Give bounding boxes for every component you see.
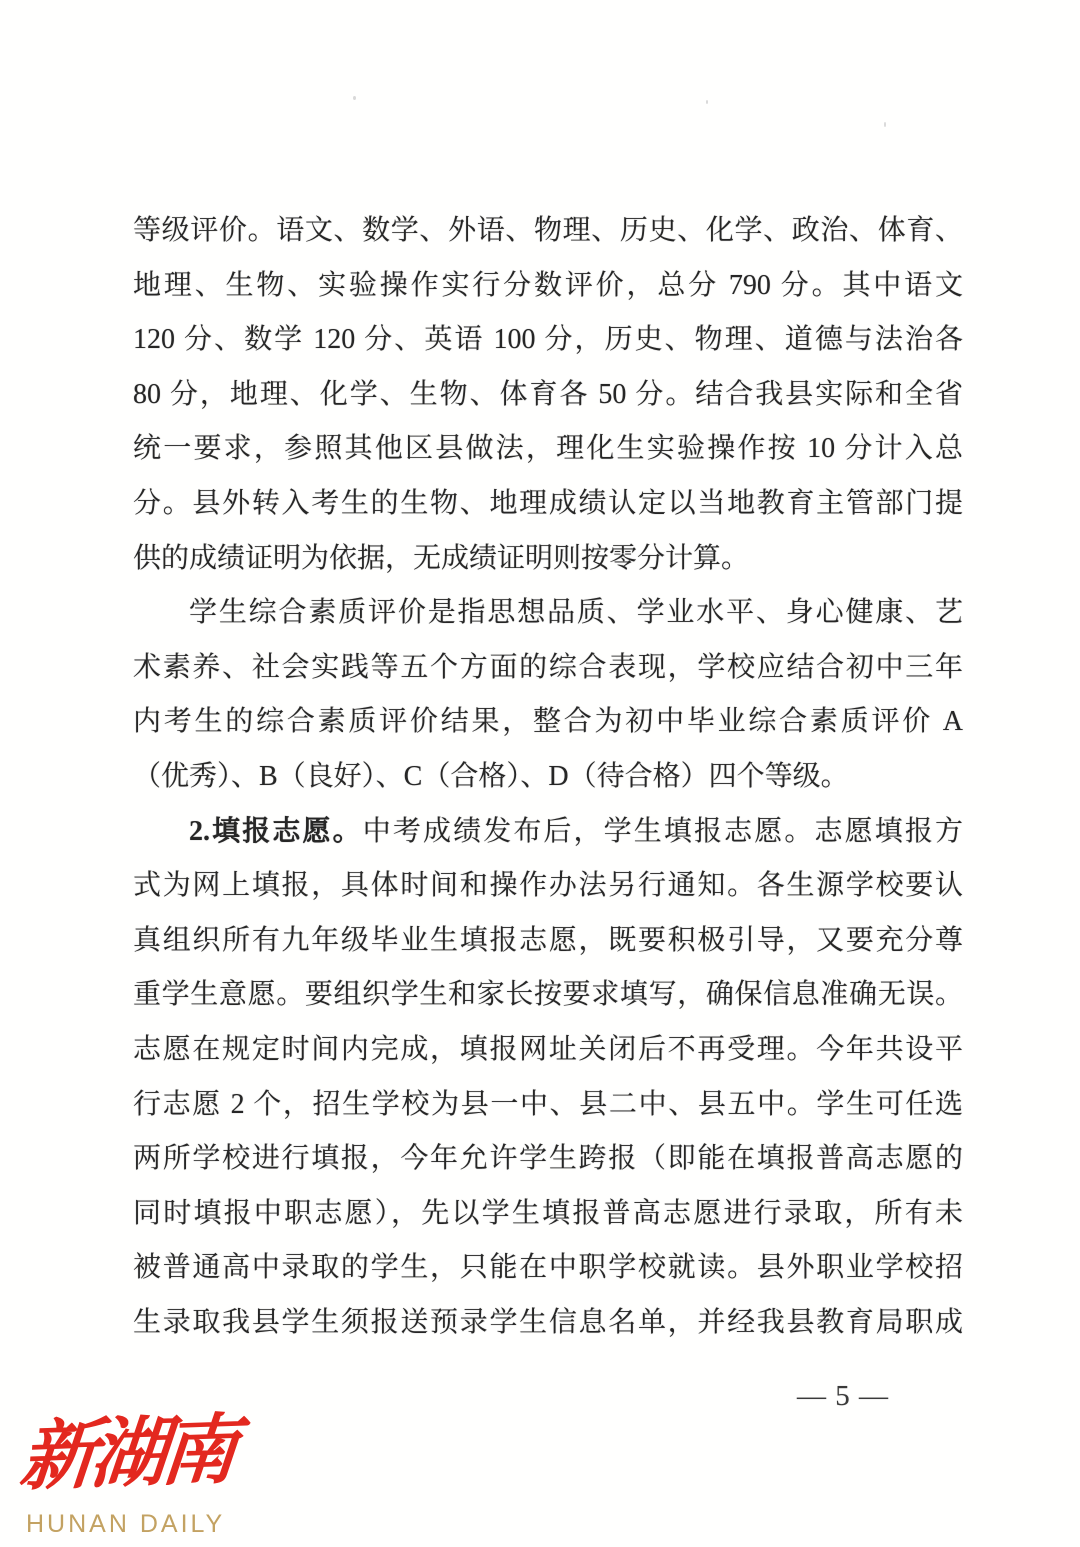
text-line: 120 分、数学 120 分、英语 100 分，历史、物理、道德与法治各 bbox=[133, 313, 963, 368]
scan-speck bbox=[706, 100, 708, 104]
text-line: 真组织所有九年级毕业生填报志愿，既要积极引导，又要充分尊 bbox=[133, 914, 963, 969]
text-line: 学生综合素质评价是指思想品质、学业水平、身心健康、艺 bbox=[133, 586, 963, 641]
text-line: 等级评价。语文、数学、外语、物理、历史、化学、政治、体育、 bbox=[133, 204, 963, 259]
brand-logo-chinese: 新湖南 bbox=[16, 1400, 256, 1508]
text-line: 生录取我县学生须报送预录学生信息名单，并经我县教育局职成 bbox=[133, 1296, 963, 1351]
page-number: — 5 — bbox=[788, 1380, 898, 1413]
text-line: 地理、生物、实验操作实行分数评价，总分 790 分。其中语文 bbox=[133, 259, 963, 314]
scan-speck bbox=[353, 96, 356, 100]
text-line: 统一要求，参照其他区县做法，理化生实验操作按 10 分计入总 bbox=[133, 422, 963, 477]
text-line: 2.填报志愿。中考成绩发布后，学生填报志愿。志愿填报方 bbox=[133, 805, 963, 860]
text-line: 分。县外转入考生的生物、地理成绩认定以当地教育主管部门提 bbox=[133, 477, 963, 532]
hunan-daily-logo: 新湖南 HUNAN DAILY bbox=[16, 1408, 246, 1539]
scanned-document-page: 等级评价。语文、数学、外语、物理、历史、化学、政治、体育、地理、生物、实验操作实… bbox=[0, 0, 1080, 1547]
scan-speck bbox=[884, 122, 886, 127]
text-line: 式为网上填报，具体时间和操作办法另行通知。各生源学校要认 bbox=[133, 859, 963, 914]
text-line: 志愿在规定时间内完成，填报网址关闭后不再受理。今年共设平 bbox=[133, 1023, 963, 1078]
text-line: 80 分，地理、化学、生物、体育各 50 分。结合我县实际和全省 bbox=[133, 368, 963, 423]
text-line: 被普通高中录取的学生，只能在中职学校就读。县外职业学校招 bbox=[133, 1241, 963, 1296]
text-line: 两所学校进行填报，今年允许学生跨报（即能在填报普高志愿的 bbox=[133, 1132, 963, 1187]
text-line: 供的成绩证明为依据，无成绩证明则按零分计算。 bbox=[133, 532, 963, 587]
paragraph-lead-bold: 2.填报志愿。 bbox=[189, 816, 363, 847]
text-line: 重学生意愿。要组织学生和家长按要求填写，确保信息准确无误。 bbox=[133, 968, 963, 1023]
text-line: 同时填报中职志愿），先以学生填报普高志愿进行录取，所有未 bbox=[133, 1187, 963, 1242]
text-line: （优秀）、B（良好）、C（合格）、D（待合格）四个等级。 bbox=[133, 750, 963, 805]
text-line: 术素养、社会实践等五个方面的综合表现，学校应结合初中三年 bbox=[133, 641, 963, 696]
text-line: 行志愿 2 个，招生学校为县一中、县二中、县五中。学生可任选 bbox=[133, 1078, 963, 1133]
document-body-text: 等级评价。语文、数学、外语、物理、历史、化学、政治、体育、地理、生物、实验操作实… bbox=[133, 204, 963, 1350]
text-line: 内考生的综合素质评价结果，整合为初中毕业综合素质评价 A bbox=[133, 695, 963, 750]
brand-logo-english: HUNAN DAILY bbox=[16, 1510, 246, 1539]
